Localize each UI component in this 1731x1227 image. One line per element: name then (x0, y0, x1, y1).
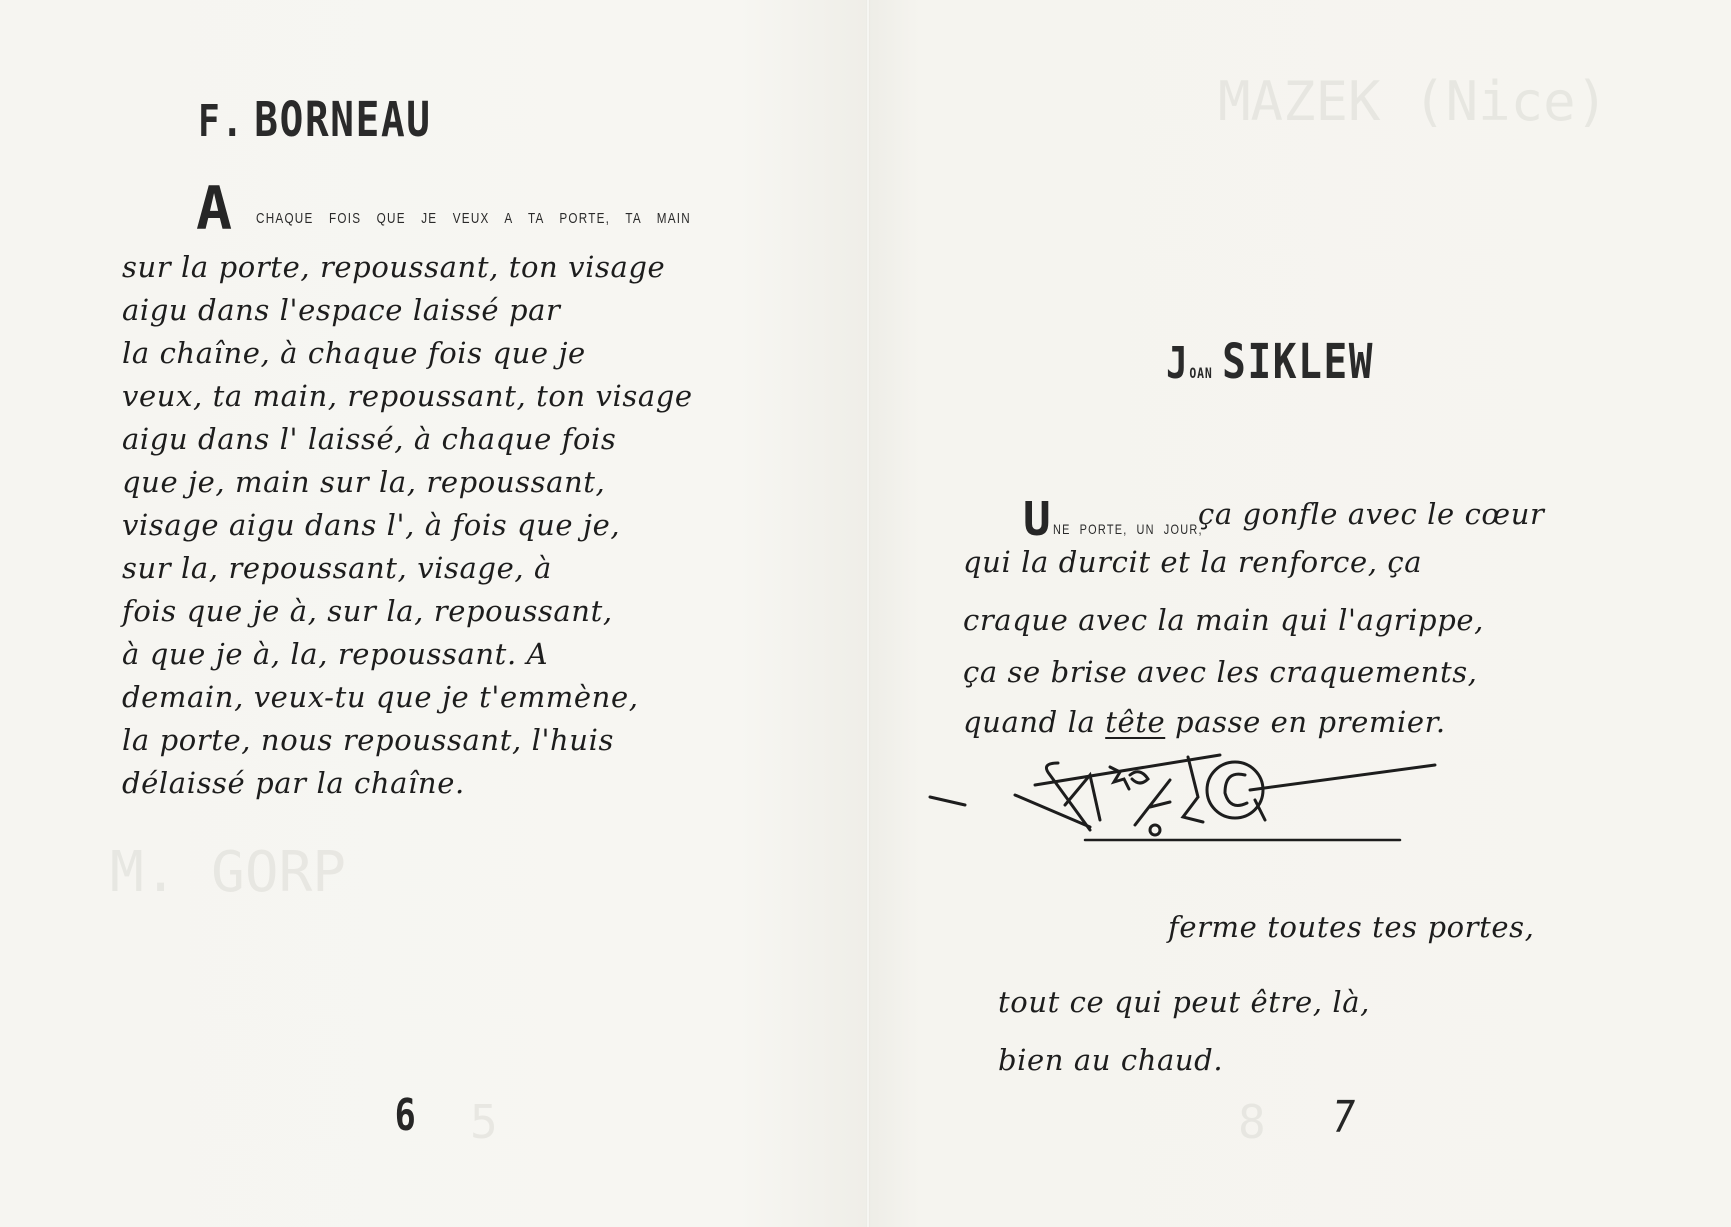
author-initial: J (1166, 338, 1189, 389)
poem-line-last: quand la tête passe en premier. (963, 705, 1446, 739)
ghost-page-number: 8 (1238, 1095, 1266, 1149)
author-title: JOAN SIKLEW (1166, 334, 1374, 390)
door-breaking-sketch-icon (920, 735, 1440, 855)
poem-line: sur la porte, repoussant, ton visage (122, 250, 665, 284)
ghost-page-number: 5 (470, 1095, 498, 1149)
poem-line: ça se brise avec les craquements, (963, 655, 1478, 689)
poem-line: la chaîne, à chaque fois que je (122, 336, 586, 370)
poem-line: tout ce qui peut être, là, (998, 985, 1370, 1019)
center-fold (866, 0, 870, 1227)
poem-line: sur la, repoussant, visage, à (122, 551, 552, 585)
poem-line: qui la durcit et la renforce, ça (963, 545, 1422, 579)
author-surname: BORNEAU (254, 92, 431, 148)
caps-opening-line: CHAQUE FOIS QUE JE VEUX A TA PORTE, TA M… (256, 210, 691, 227)
poem-line: la porte, nous repoussant, l'huis (122, 723, 614, 757)
drop-cap: U (1023, 492, 1051, 546)
poem-line: délaissé par la chaîne. (122, 766, 465, 800)
author-initial: F. (198, 96, 245, 147)
text-segment: quand la (963, 705, 1105, 739)
poem-line: ça gonfle avec le cœur (1198, 497, 1544, 531)
drop-cap: A (196, 174, 232, 244)
author-title: F. BORNEAU (198, 92, 432, 148)
ghost-title: MAZEK (Nice) (1218, 70, 1608, 133)
text-segment: passe en premier. (1165, 705, 1446, 739)
page-number: 6 (395, 1090, 416, 1141)
poem-line: à que je à, la, repoussant. A (122, 637, 548, 671)
poem-line: aigu dans l'espace laissé par (122, 293, 561, 327)
poem-line: craque avec la main qui l'agrippe, (963, 603, 1484, 637)
author-surname: SIKLEW (1222, 334, 1374, 390)
underlined-word: tête (1105, 705, 1165, 739)
poem-line: ferme toutes tes portes, (1168, 910, 1534, 944)
poem-line: bien au chaud. (998, 1043, 1223, 1077)
poem-line: veux, ta main, repoussant, ton visage (122, 379, 693, 413)
ghost-title: M. GORP (110, 840, 346, 905)
booklet-spread: M. GORP 5 F. BORNEAU A CHAQUE FOIS QUE J… (0, 0, 1731, 1227)
caps-opening-line: NE PORTE, UN JOUR, (1053, 521, 1203, 537)
poem-line: que je, main sur la, repoussant, (122, 465, 605, 499)
poem-line: demain, veux-tu que je t'emmène, (122, 680, 639, 714)
poem-line: fois que je à, sur la, repoussant, (122, 594, 613, 628)
right-page: MAZEK (Nice) 8 JOAN SIKLEW U NE PORTE, U… (868, 0, 1731, 1227)
poem-line: visage aigu dans l', à fois que je, (122, 508, 620, 542)
left-page: M. GORP 5 F. BORNEAU A CHAQUE FOIS QUE J… (0, 0, 868, 1227)
author-firstname-rest: OAN (1189, 366, 1212, 382)
page-number: 7 (1333, 1092, 1355, 1143)
poem-line: aigu dans l' laissé, à chaque fois (122, 422, 616, 456)
